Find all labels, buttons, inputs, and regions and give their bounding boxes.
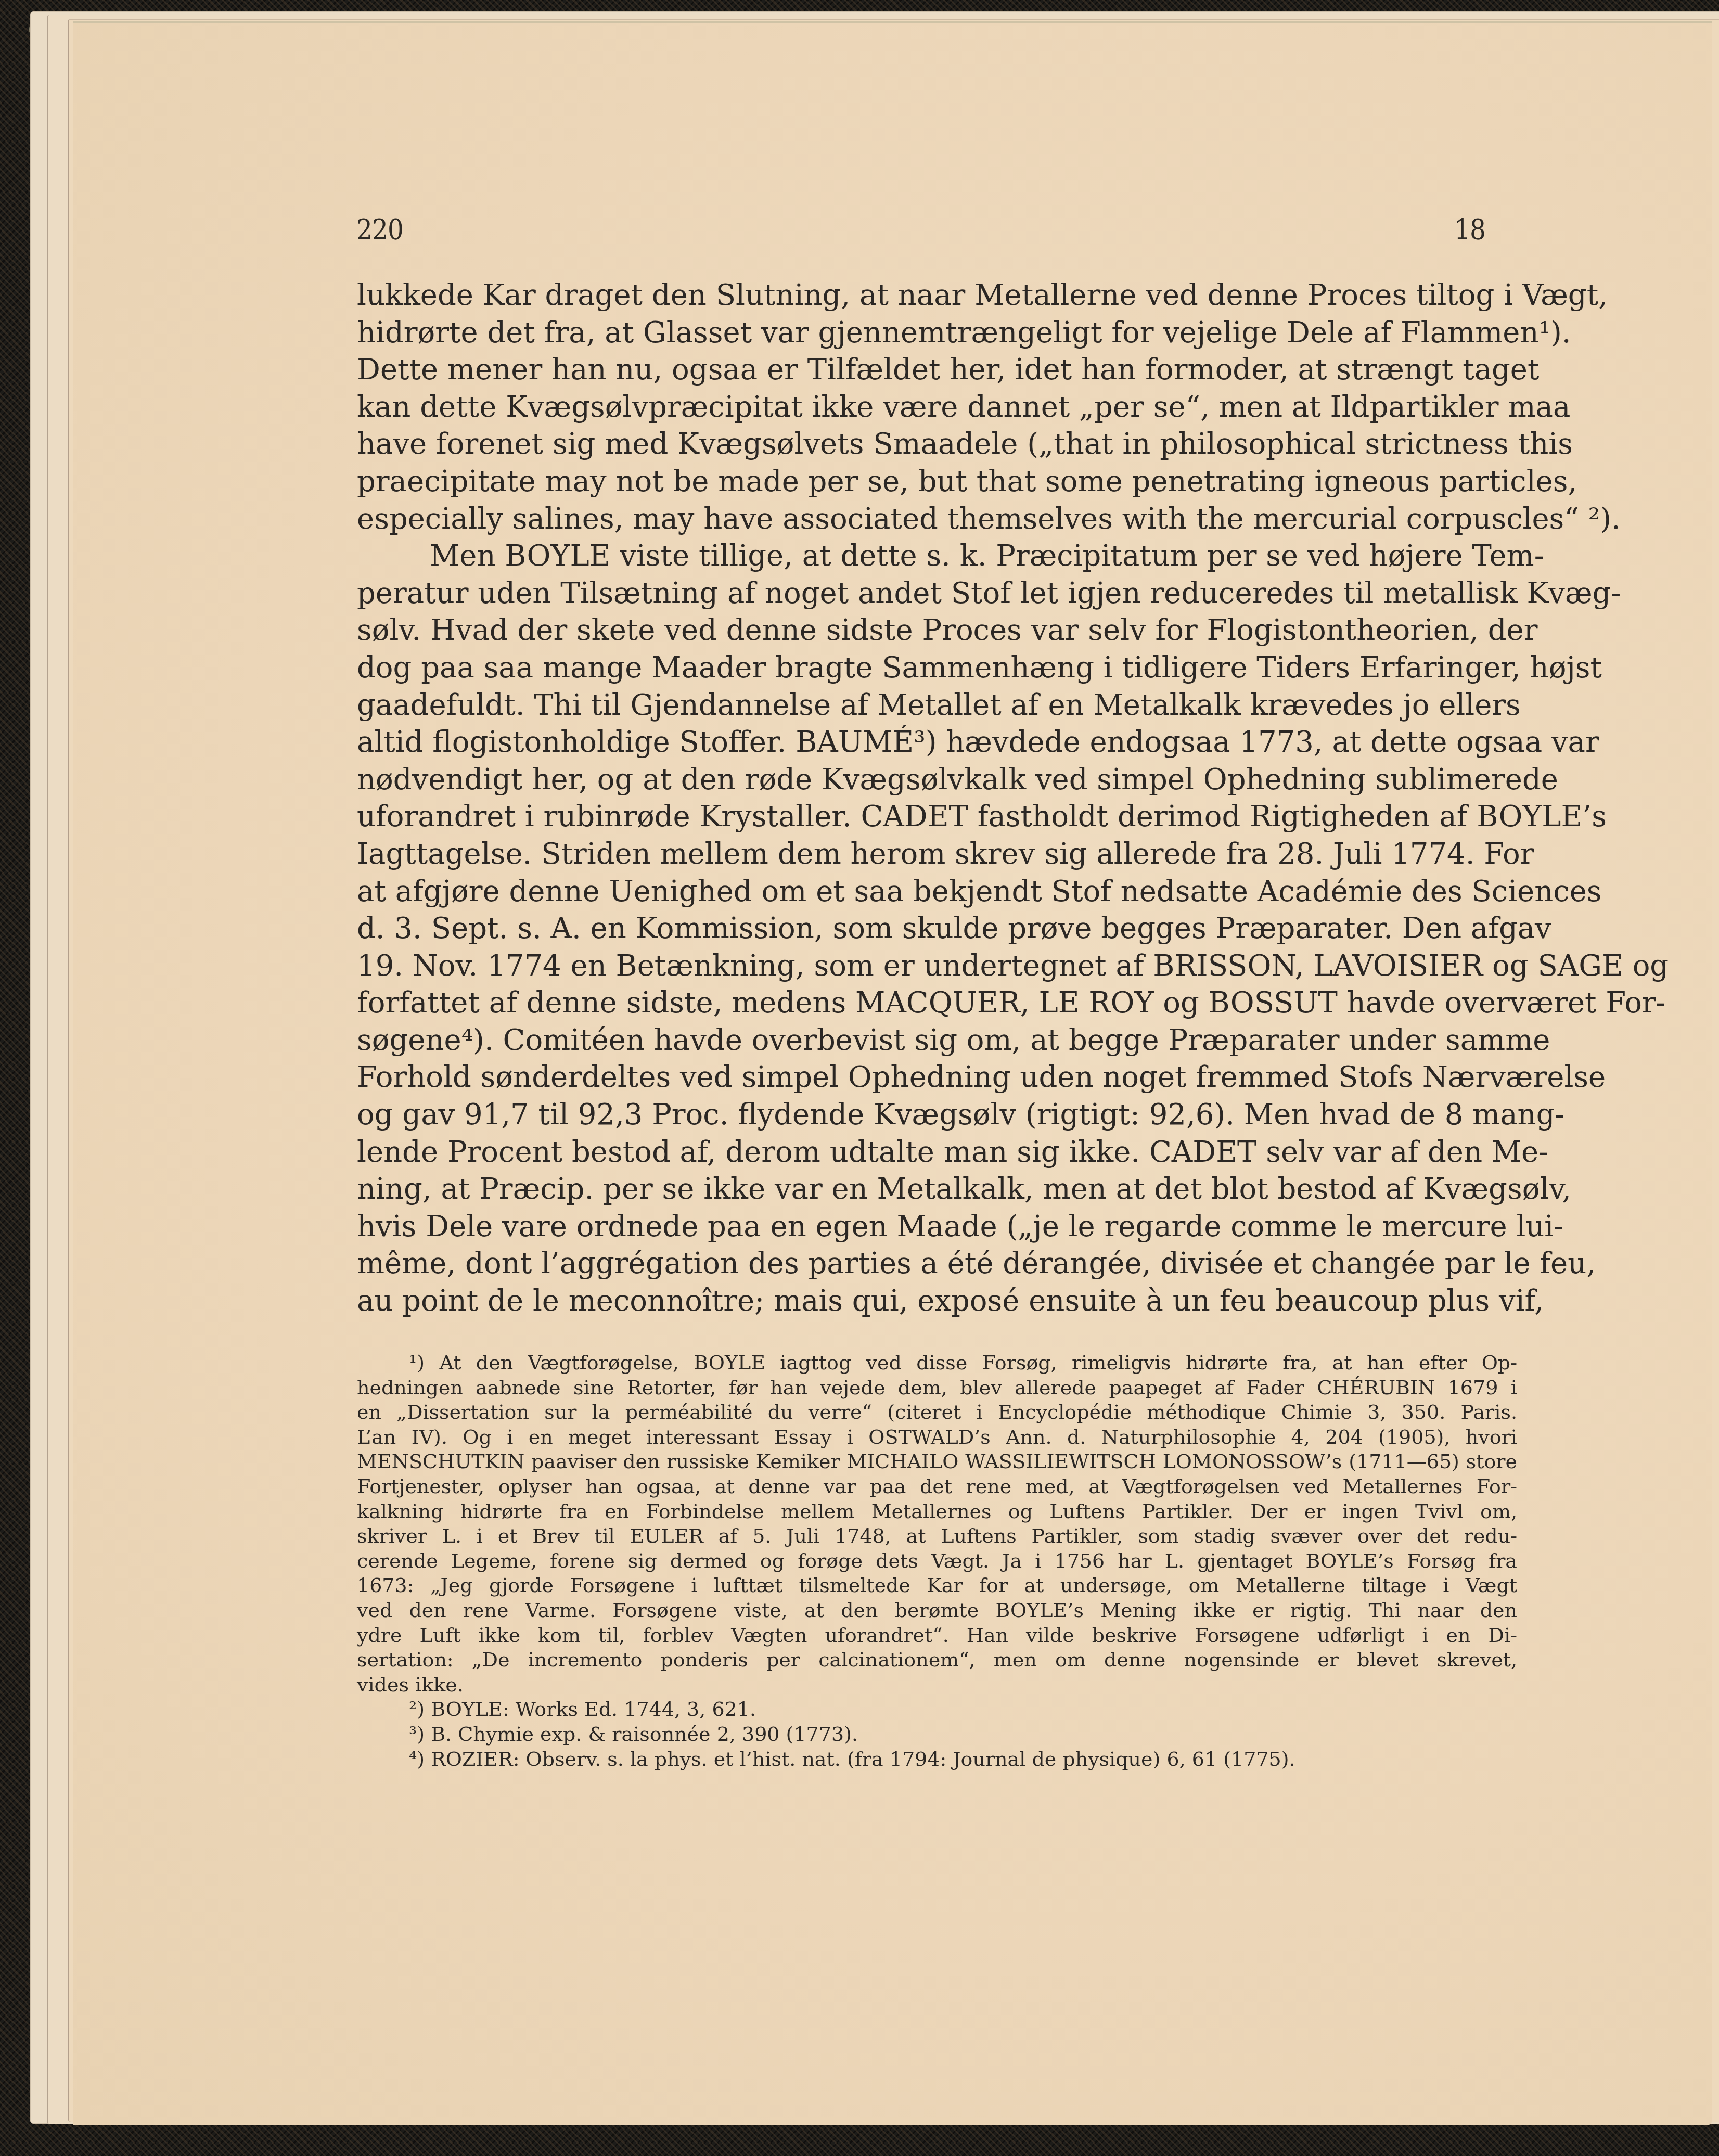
text-line: hvis Dele vare ordnede paa en egen Maade… (357, 1208, 1517, 1246)
text-line: lukkede Kar draget den Slutning, at naar… (357, 277, 1517, 314)
text-line: nødvendigt her, og at den røde Kvægsølvk… (357, 761, 1517, 799)
text-line: lende Procent bestod af, derom udtalte m… (357, 1134, 1517, 1171)
footnote-line: MENSCHUTKIN paaviser den russiske Kemike… (357, 1449, 1517, 1474)
page-number-right: 18 (1454, 213, 1485, 246)
text-line: même, dont l’aggrégation des parties a é… (357, 1245, 1517, 1282)
text-line: sølv. Hvad der skete ved denne sidste Pr… (357, 612, 1517, 649)
text-line: 19. Nov. 1774 en Betænkning, som er unde… (357, 947, 1517, 985)
footnote-line: skriver L. i et Brev til EULER af 5. Jul… (357, 1524, 1517, 1549)
footnote-line: hedningen aabnede sine Retorter, før han… (357, 1376, 1517, 1401)
footnote-line: ved den rene Varme. Forsøgene viste, at … (357, 1598, 1517, 1623)
footnote-line: 1673: „Jeg gjorde Forsøgene i lufttæt ti… (357, 1573, 1517, 1598)
text-line: hidrørte det fra, at Glasset var gjennem… (357, 314, 1517, 352)
text-line: have forenet sig med Kvægsølvets Smaadel… (357, 426, 1517, 463)
footnotes: ¹) At den Vægtforøgelse, BOYLE iagttog v… (357, 1351, 1517, 1772)
text-line: especially salines, may have associated … (357, 500, 1517, 538)
text-line: uforandret i rubinrøde Krystaller. CADET… (357, 798, 1517, 836)
text-line: altid flogistonholdige Stoffer. BAUMÉ³) … (357, 724, 1517, 761)
footnote-line: ydre Luft ikke kom til, forblev Vægten u… (357, 1623, 1517, 1648)
text-line: og gav 91,7 til 92,3 Proc. flydende Kvæg… (357, 1096, 1517, 1134)
text-line: Iagttagelse. Striden mellem dem herom sk… (357, 836, 1517, 873)
footnote-line: L’an IV). Og i en meget interessant Essa… (357, 1425, 1517, 1450)
main-text: lukkede Kar draget den Slutning, at naar… (357, 277, 1517, 1320)
text-line: Dette mener han nu, ogsaa er Tilfældet h… (357, 351, 1517, 389)
text-line: ning, at Præcip. per se ikke var en Meta… (357, 1171, 1517, 1208)
footnote-3: ³) B. Chymie exp. & raisonnée 2, 390 (17… (357, 1722, 1517, 1747)
text-line: gaadefuldt. Thi til Gjendannelse af Meta… (357, 687, 1517, 724)
footnote-line: en „Dissertation sur la perméabilité du … (357, 1400, 1517, 1425)
text-line: au point de le meconnoître; mais qui, ex… (357, 1282, 1517, 1320)
footnote-2: ²) BOYLE: Works Ed. 1744, 3, 621. (357, 1697, 1517, 1722)
text-line-paragraph-start: Men BOYLE viste tillige, at dette s. k. … (357, 537, 1517, 575)
footnote-line: vides ikke. (357, 1673, 1517, 1698)
text-line: peratur uden Tilsætning af noget andet S… (357, 575, 1517, 612)
footnote-4: ⁴) ROZIER: Observ. s. la phys. et l’hist… (357, 1747, 1517, 1772)
text-line: kan dette Kvægsølvpræcipitat ikke være d… (357, 389, 1517, 426)
footnote-1-start: ¹) At den Vægtforøgelse, BOYLE iagttog v… (357, 1351, 1517, 1376)
text-line: søgene⁴). Comitéen havde overbevist sig … (357, 1022, 1517, 1059)
text-line: Forhold sønderdeltes ved simpel Ophednin… (357, 1059, 1517, 1096)
text-line: dog paa saa mange Maader bragte Sammenhæ… (357, 649, 1517, 687)
text-line: d. 3. Sept. s. A. en Kommission, som sku… (357, 910, 1517, 947)
page-number-left: 220 (356, 213, 403, 246)
footnote-line: cerende Legeme, forene sig dermed og for… (357, 1549, 1517, 1574)
footnote-line: Fortjenester, oplyser han ogsaa, at denn… (357, 1474, 1517, 1499)
footnote-line: sertation: „De incremento ponderis per c… (357, 1648, 1517, 1673)
text-line: forfattet af denne sidste, medens MACQUE… (357, 984, 1517, 1022)
text-line: at afgjøre denne Uenighed om et saa bekj… (357, 873, 1517, 910)
text-line: praecipitate may not be made per se, but… (357, 463, 1517, 500)
footnote-line: kalkning hidrørte fra en Forbindelse mel… (357, 1499, 1517, 1524)
